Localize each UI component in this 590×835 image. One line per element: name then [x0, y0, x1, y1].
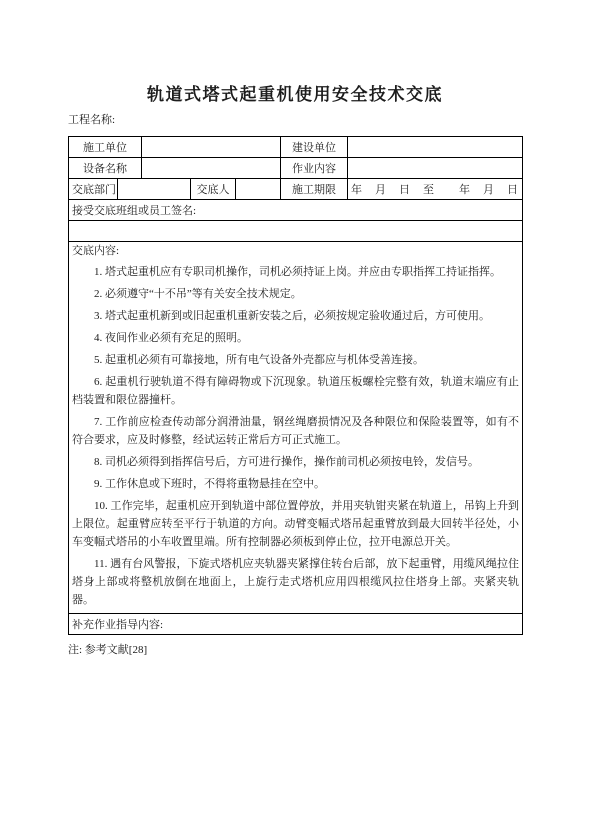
content-item-3: 3. 塔式起重机新到或旧起重机重新安装之后，必须按规定验收通过后，方可使用。 — [72, 307, 519, 325]
reference-note: 注: 参考文献[28] — [68, 643, 590, 657]
document-title: 轨道式塔式起重机使用安全技术交底 — [0, 84, 590, 106]
construction-period-label: 施工期限 — [281, 179, 348, 200]
disclosure-content-cell: 交底内容: 1. 塔式起重机应有专职司机操作，司机必须持证上岗。并应由专职指挥工… — [69, 242, 523, 614]
disclosure-dept-label: 交底部门 — [69, 179, 118, 200]
work-content-label: 作业内容 — [281, 158, 348, 179]
supplement-cell: 补充作业指导内容: — [69, 614, 523, 635]
project-name-label: 工程名称: — [68, 113, 590, 127]
construction-unit-label: 施工单位 — [69, 137, 142, 158]
equipment-name-label: 设备名称 — [69, 158, 142, 179]
construction-unit-value — [142, 137, 281, 158]
content-item-2: 2. 必须遵守“十不吊”等有关安全技术规定。 — [72, 285, 519, 303]
disclosure-dept-value — [118, 179, 191, 200]
content-heading: 交底内容: — [72, 242, 519, 260]
work-content-value — [348, 158, 523, 179]
content-item-6: 6. 起重机行驶轨道不得有障碍物或下沉现象。轨道压板螺栓完整有效，轨道末端应有止… — [72, 373, 519, 409]
content-item-5: 5. 起重机必须有可靠接地，所有电气设备外壳都应与机体受善连接。 — [72, 351, 519, 369]
discloser-label: 交底人 — [191, 179, 236, 200]
client-unit-value — [348, 137, 523, 158]
signature-label: 接受交底班组或员工签名: — [69, 200, 523, 221]
signature-blank-area — [69, 221, 523, 242]
content-item-11: 11. 遇有台风警报，下旋式塔机应夹轨器夹紧撑住转台后部，放下起重臂，用缆风绳拉… — [72, 555, 519, 609]
disclosure-form-table: 施工单位 建设单位 设备名称 作业内容 交底部门 交底人 施工期限 年 月 日 … — [68, 136, 523, 635]
content-item-7: 7. 工作前应检查传动部分润滑油量，钢丝绳磨损情况及各种限位和保险装置等，如有不… — [72, 413, 519, 449]
content-item-10: 10. 工作完毕，起重机应开到轨道中部位置停放，并用夹轨钳夹紧在轨道上，吊钩上升… — [72, 497, 519, 551]
row-signature-blank — [69, 221, 523, 242]
row-supplement: 补充作业指导内容: — [69, 614, 523, 635]
row-equipment: 设备名称 作业内容 — [69, 158, 523, 179]
equipment-name-value — [142, 158, 281, 179]
row-signature: 接受交底班组或员工签名: — [69, 200, 523, 221]
row-disclosure: 交底部门 交底人 施工期限 年 月 日 至 年 月 日 — [69, 179, 523, 200]
content-item-8: 8. 司机必须得到指挥信号后，方可进行操作，操作前司机必须按电铃，发信号。 — [72, 453, 519, 471]
document-page: 轨道式塔式起重机使用安全技术交底 工程名称: 施工单位 建设单位 设备名称 作业… — [0, 0, 590, 835]
construction-period-value: 年 月 日 至 年 月 日 — [348, 179, 523, 200]
row-units: 施工单位 建设单位 — [69, 137, 523, 158]
row-content: 交底内容: 1. 塔式起重机应有专职司机操作，司机必须持证上岗。并应由专职指挥工… — [69, 242, 523, 614]
content-item-4: 4. 夜间作业必须有充足的照明。 — [72, 329, 519, 347]
supplement-label: 补充作业指导内容: — [72, 619, 163, 631]
content-item-9: 9. 工作休息或下班时，不得将重物悬挂在空中。 — [72, 475, 519, 493]
client-unit-label: 建设单位 — [281, 137, 348, 158]
content-item-1: 1. 塔式起重机应有专职司机操作，司机必须持证上岗。并应由专职指挥工持证指挥。 — [72, 263, 519, 281]
discloser-value — [236, 179, 281, 200]
